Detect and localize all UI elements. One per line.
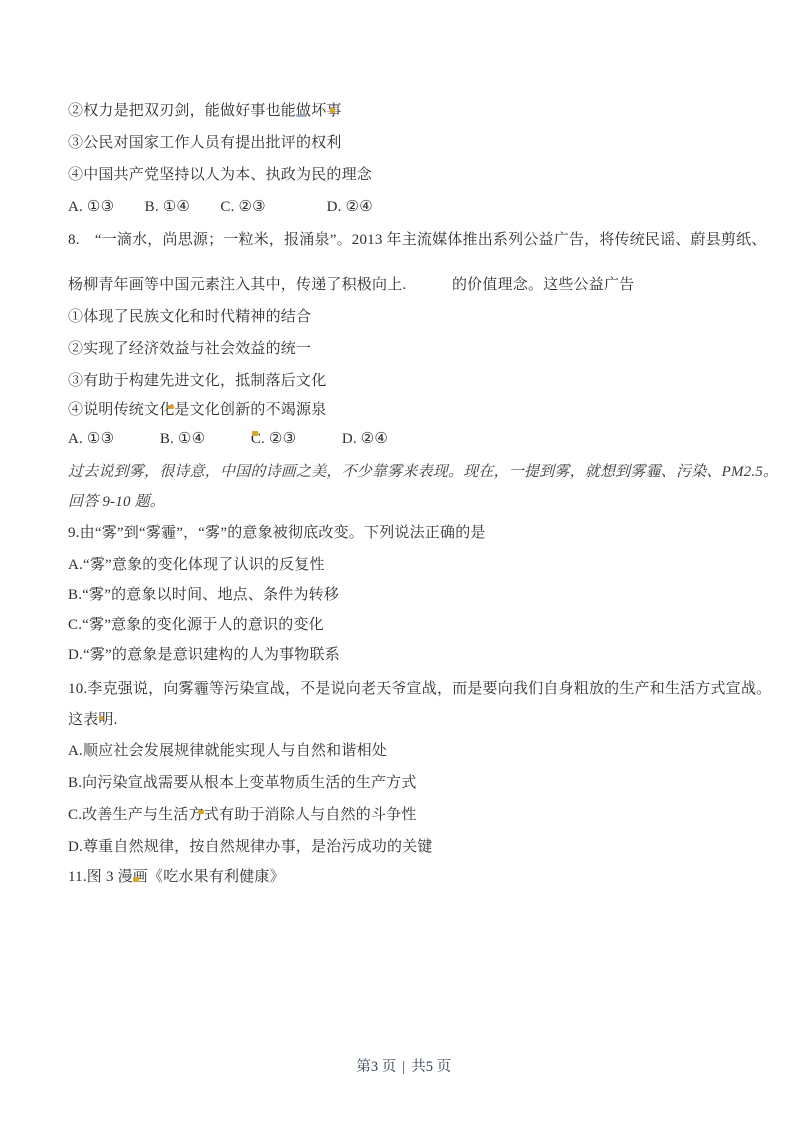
q7-choices-row: A. ①③ B. ①④ C. ②③ D. ②④ (68, 197, 373, 217)
q8-stem-line-2: 杨柳青年画等中国元素注入其中，传递了积极向上. 的价值理念。这些公益广告 (68, 275, 634, 295)
exam-paper-page: ②权力是把双刃剑，能做好事也能做坏事 ③公民对国家工作人员有提出批评的权利 ④中… (0, 0, 793, 1122)
q8-item-4: ④说明传统文化是文化创新的不竭源泉 (68, 400, 326, 420)
gold-dot-artifact-5 (198, 810, 204, 814)
q7-statement-4: ④中国共产党坚持以人为本、执政为民的理念 (68, 165, 372, 185)
q9-option-c: C.“雾”意象的变化源于人的意识的变化 (68, 615, 324, 635)
gold-dot-artifact-1 (330, 108, 335, 113)
q9-stem: 9.由“雾”到“雾霾”，“雾”的意象被彻底改变。下列说法正确的是 (68, 523, 486, 543)
passage-line-2: 回答 9-10 题。 (68, 492, 165, 512)
q11-stem: 11.图 3 漫画《吃水果有利健康》 (68, 867, 285, 887)
q10-stem-line-1: 10.李克强说，向雾霾等污染宣战，不是说向老天爷宣战，而是要向我们自身粗放的生产… (68, 679, 771, 699)
q10-option-d: D.尊重自然规律，按自然规律办事，是治污成功的关键 (68, 837, 433, 857)
q8-item-3: ③有助于构建先进文化，抵制落后文化 (68, 371, 326, 391)
page-total: 共5 页 (411, 1059, 451, 1075)
footer-separator: | (402, 1059, 405, 1075)
q10-option-c: C.改善生产与生活方式有助于消除人与自然的斗争性 (68, 805, 417, 825)
gray-underline-artifact (296, 114, 307, 117)
gold-dot-artifact-6 (133, 877, 139, 882)
gold-dot-artifact-3 (168, 405, 174, 409)
q10-stem-line-2: 这表明. (68, 710, 118, 730)
q9-option-d: D.“雾”的意象是意识建构的人为事物联系 (68, 645, 340, 665)
gold-dot-artifact-4 (99, 716, 103, 720)
page-footer: 第3 页|共5 页 (0, 1038, 793, 1093)
q8-item-2: ②实现了经济效益与社会效益的统一 (68, 339, 311, 359)
q8-item-1: ①体现了民族文化和时代精神的结合 (68, 307, 311, 327)
page-number: 第3 页 (356, 1059, 396, 1075)
q9-option-a: A.“雾”意象的变化体现了认识的反复性 (68, 555, 325, 575)
q7-statement-3: ③公民对国家工作人员有提出批评的权利 (68, 133, 342, 153)
q9-option-b: B.“雾”的意象以时间、地点、条件为转移 (68, 585, 339, 605)
q8-choices-row: A. ①③ B. ①④ C. ②③ D. ②④ (68, 429, 388, 449)
passage-line-1: 过去说到雾，很诗意，中国的诗画之美，不少靠雾来表现。现在，一提到雾，就想到雾霾、… (68, 462, 778, 482)
q10-option-a: A.顺应社会发展规律就能实现人与自然和谐相处 (68, 741, 387, 761)
q10-option-b: B.向污染宣战需要从根本上变革物质生活的生产方式 (68, 773, 417, 793)
q8-stem-line-1: 8. “一滴水，尚思源；一粒米，报涌泉”。2013 年主流媒体推出系列公益广告，… (68, 230, 767, 250)
q7-statement-2: ②权力是把双刃剑，能做好事也能做坏事 (68, 101, 342, 121)
gold-dot-artifact-2 (252, 431, 258, 436)
